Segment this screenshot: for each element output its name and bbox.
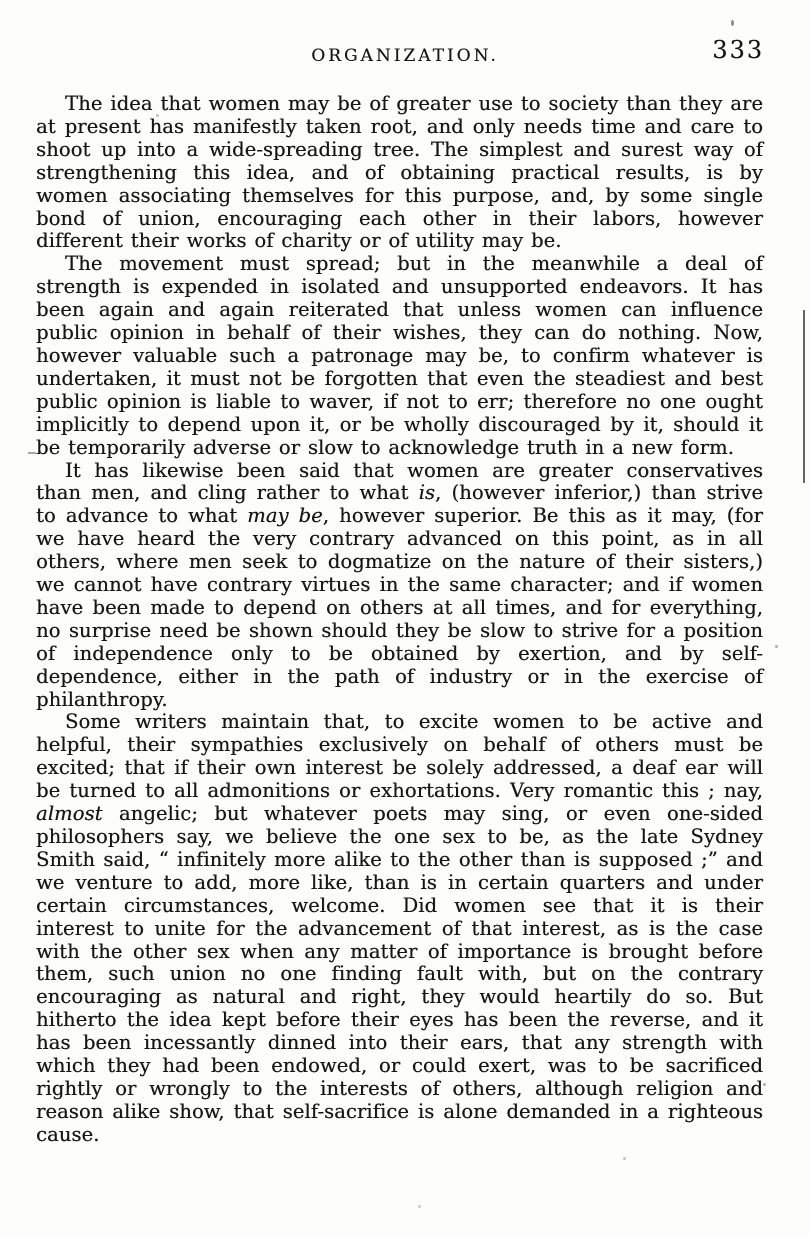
running-head: ORGANIZATION. — [0, 46, 810, 66]
scan-speck — [156, 114, 159, 117]
page-body: The idea that women may be of greater us… — [36, 93, 763, 1147]
scan-speck — [418, 1205, 421, 1208]
paragraph: The idea that women may be of greater us… — [36, 93, 763, 253]
paragraph: It has likewise been said that women are… — [36, 460, 763, 712]
italic-run: almost — [36, 802, 103, 825]
scan-speck — [763, 1083, 766, 1086]
italic-run: may be — [247, 504, 323, 527]
book-page: ORGANIZATION. 333 The idea that women ma… — [0, 0, 810, 1237]
paragraph: Some writers maintain that, to excite wo… — [36, 711, 763, 1146]
text-run: , however superior. Be this as it may, (… — [36, 504, 763, 710]
text-run: Some writers maintain that, to excite wo… — [36, 710, 763, 802]
paragraph: The movement must spread; but in the mea… — [36, 253, 763, 459]
scan-speck — [731, 20, 734, 26]
page-number: 333 — [712, 36, 764, 64]
text-run: angelic; but whatever poets may sing, or… — [36, 802, 763, 1146]
text-run: The movement must spread; but in the mea… — [36, 252, 763, 458]
scan-speck — [623, 1157, 626, 1160]
scan-speck — [28, 452, 36, 454]
scan-speck — [775, 645, 778, 648]
text-run: The idea that women may be of greater us… — [36, 92, 763, 252]
italic-run: is — [419, 481, 435, 504]
scan-edge-line — [803, 310, 805, 483]
